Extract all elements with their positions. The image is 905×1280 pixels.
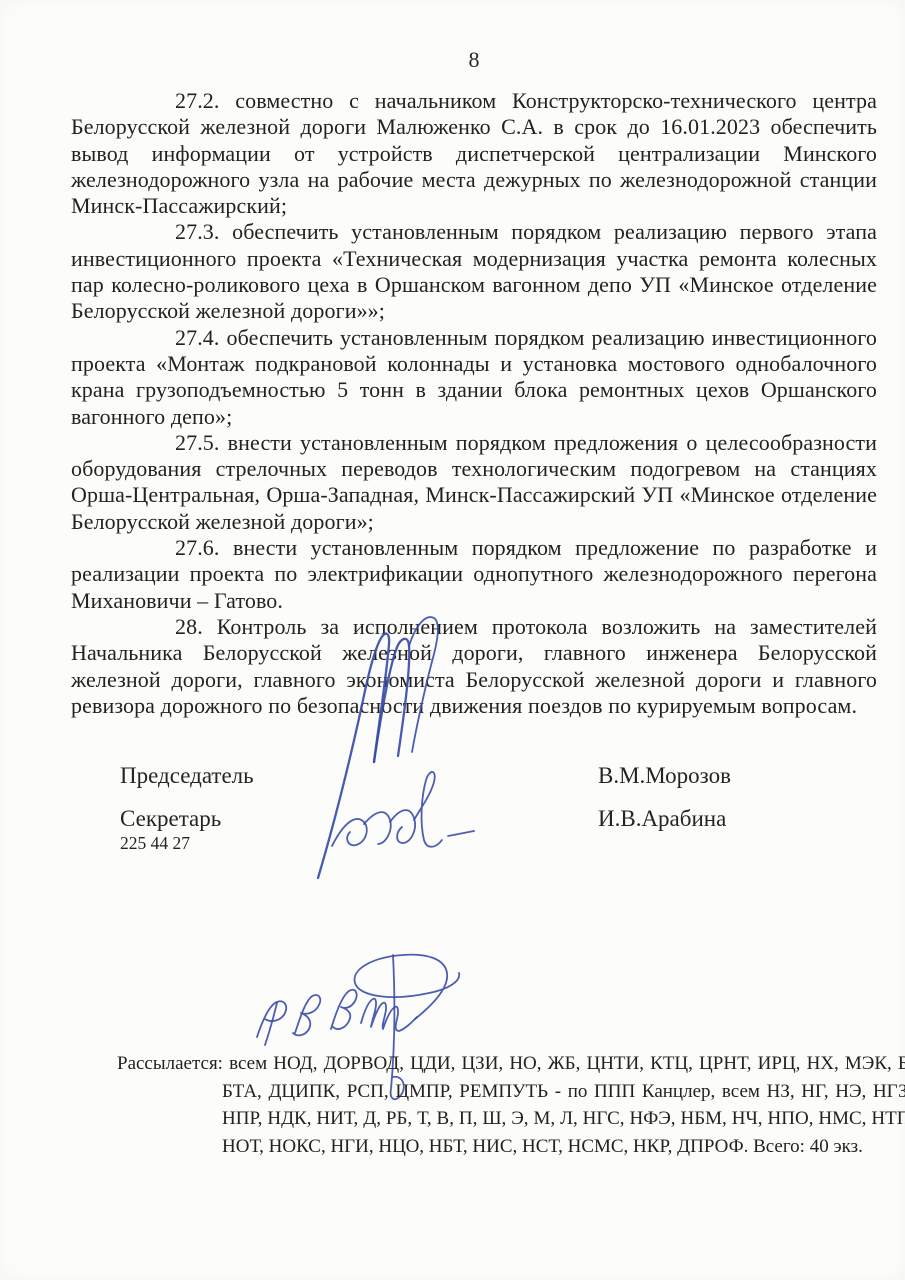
secretary-title: Секретарь	[120, 806, 221, 832]
paragraph-27-2: 27.2. совместно с начальником Конструкто…	[71, 88, 877, 219]
paragraph-27-3: 27.3. обеспечить установленным порядком …	[71, 219, 877, 324]
document-body: 27.2. совместно с начальником Конструкто…	[71, 88, 877, 719]
secretary-phone: 225 44 27	[120, 833, 190, 854]
chairman-title: Председатель	[120, 763, 254, 789]
distribution-block: Рассылается: всем НОД, ДОРВОД, ЦДИ, ЦЗИ,…	[117, 1050, 905, 1160]
page-number: 8	[71, 47, 877, 73]
paragraph-27-6: 27.6. внести установленным порядком пред…	[71, 535, 877, 614]
paragraph-27-4: 27.4. обеспечить установленным порядком …	[71, 325, 877, 430]
paragraph-27-5: 27.5. внести установленным порядком пред…	[71, 430, 877, 535]
paragraph-28: 28. Контроль за исполнением протокола во…	[71, 614, 877, 719]
secretary-name: И.В.Арабина	[598, 806, 726, 832]
document-page: 8 27.2. совместно с начальником Конструк…	[0, 0, 905, 1280]
distribution-text: всем НОД, ДОРВОД, ЦДИ, ЦЗИ, НО, ЖБ, ЦНТИ…	[222, 1053, 905, 1157]
distribution-label: Рассылается:	[117, 1053, 223, 1074]
chairman-name: В.М.Морозов	[598, 763, 731, 789]
